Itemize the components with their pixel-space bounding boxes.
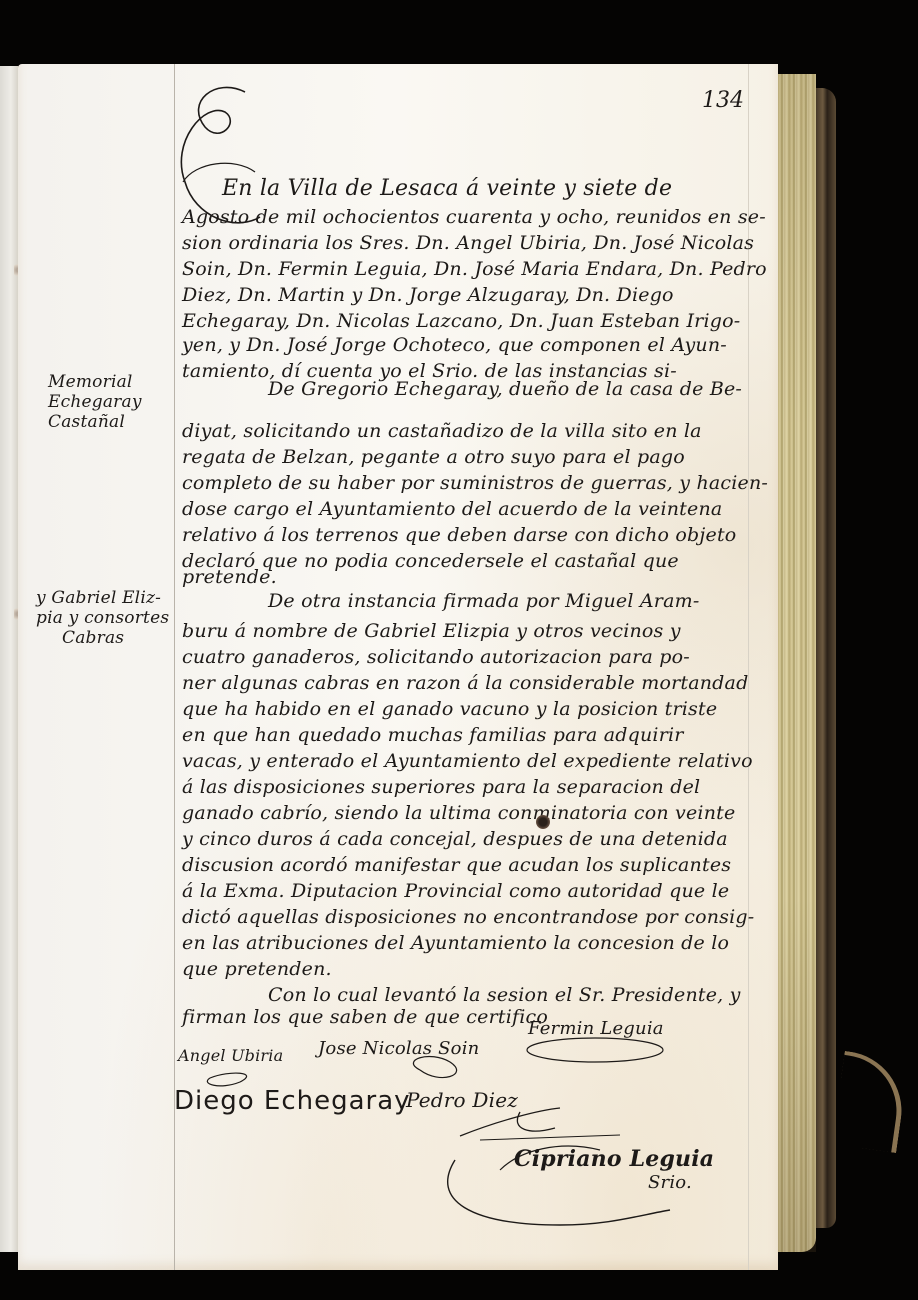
- signature-flourishes: [0, 0, 918, 1300]
